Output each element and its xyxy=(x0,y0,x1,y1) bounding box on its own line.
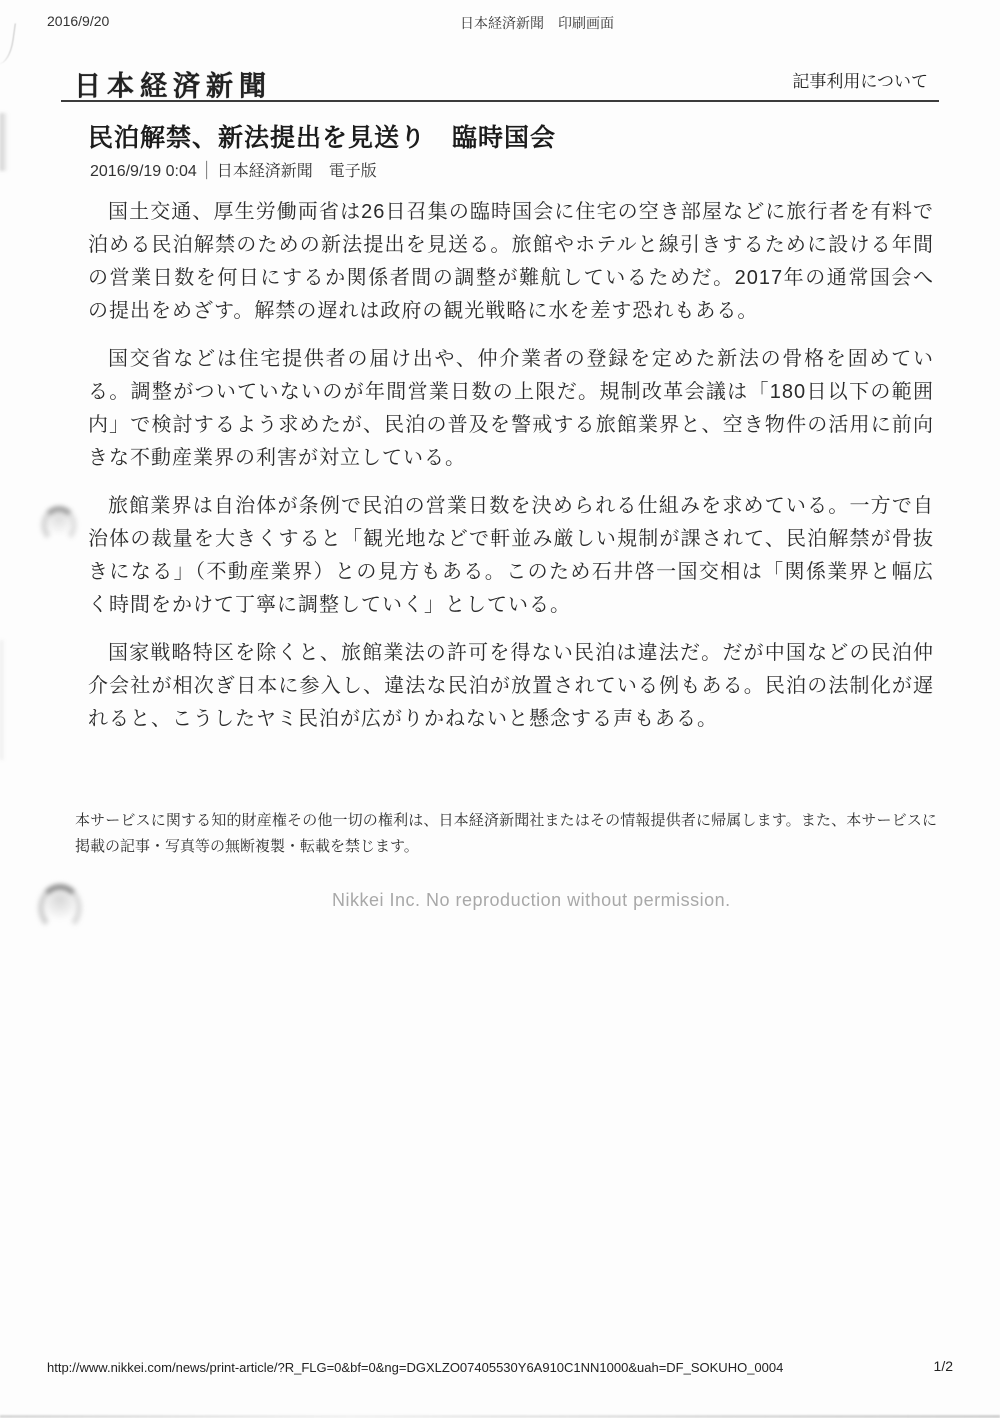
article-paragraph-4: 国家戦略特区を除くと、旅館業法の許可を得ない民泊は違法だ。だが中国などの民泊仲介… xyxy=(88,637,934,736)
print-header-title: 日本経済新聞 印刷画面 xyxy=(460,13,614,33)
article-usage-link: 記事利用について xyxy=(792,67,928,92)
hole-punch-mark xyxy=(41,506,77,544)
copyright-notice: Nikkei Inc. No reproduction without perm… xyxy=(332,890,731,911)
article-paragraph-1: 国土交通、厚生労働両省は26日召集の臨時国会に住宅の空き部屋などに旅行者を有料で… xyxy=(88,196,934,328)
scanned-print-page: 2016/9/20 日本経済新聞 印刷画面 日本経済新聞 記事利用について 民泊… xyxy=(0,0,1000,1418)
article-dateline: 2016/9/19 0:04｜日本経済新聞 電子版 xyxy=(90,158,377,181)
masthead-divider xyxy=(61,100,939,102)
article-paragraph-3: 旅館業界は自治体が条例で民泊の営業日数を決められる仕組みを求めている。一方で自治… xyxy=(88,490,934,622)
scan-edge-smudge xyxy=(0,640,5,760)
nikkei-logo: 日本経済新聞 xyxy=(74,64,272,104)
legal-disclaimer: 本サービスに関する知的財産権その他一切の権利は、日本経済新聞社またはその情報提供… xyxy=(75,808,937,860)
hole-punch-mark xyxy=(38,884,82,932)
print-header-date: 2016/9/20 xyxy=(47,13,109,29)
article-datetime: 2016/9/19 0:04 xyxy=(90,163,197,180)
article-body: 国土交通、厚生労働両省は26日召集の臨時国会に住宅の空き部屋などに旅行者を有料で… xyxy=(88,196,934,751)
article-headline: 民泊解禁、新法提出を見送り 臨時国会 xyxy=(88,118,556,154)
print-footer-page-number: 1/2 xyxy=(934,1358,953,1374)
article-source: 日本経済新聞 電子版 xyxy=(217,163,377,180)
scan-edge-smudge xyxy=(0,113,8,171)
dateline-separator: ｜ xyxy=(199,156,215,182)
scan-corner-artifact xyxy=(0,21,16,65)
print-footer-url: http://www.nikkei.com/news/print-article… xyxy=(47,1360,783,1375)
article-paragraph-2: 国交省などは住宅提供者の届け出や、仲介業者の登録を定めた新法の骨格を固めている。… xyxy=(88,343,934,475)
